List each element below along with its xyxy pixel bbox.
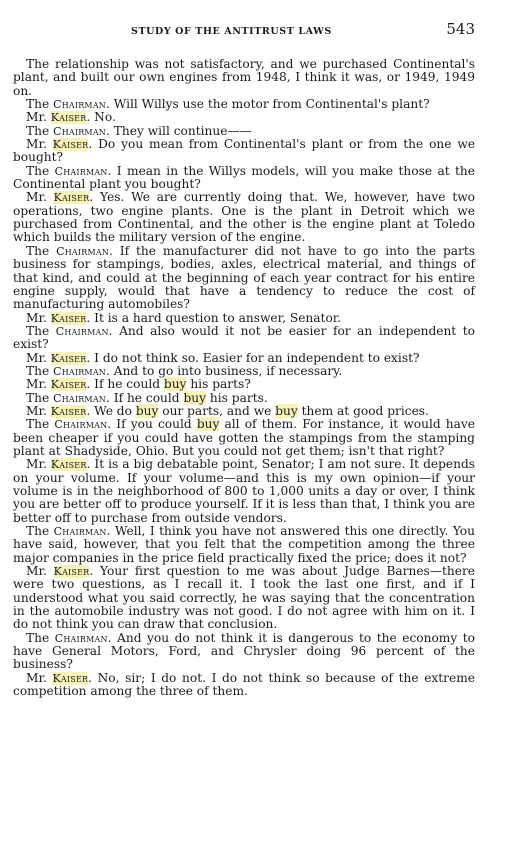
paragraph-text: our parts, and we [158,404,275,418]
running-header: STUDY OF THE ANTITRUST LAWS 543 [13,20,475,42]
speaker-title: Mr. [26,404,51,418]
paragraph-text: them at good prices. [298,404,429,418]
transcript-paragraph: The Chairman. If he could buy his parts. [13,392,475,405]
speaker-title: The [26,244,56,258]
speaker-title: The [26,524,54,538]
transcript-paragraph: Mr. Kaiser. Do you mean from Continental… [13,138,475,165]
speaker-name: Kaiser [51,111,87,124]
transcript-paragraph: Mr. Kaiser. It is a big debatable point,… [13,458,475,525]
speaker-title: Mr. [26,110,51,124]
speaker-title: The [26,124,53,138]
paragraph-text: . If he could [106,391,183,405]
speaker-title: The [26,324,56,338]
paragraph-text: . And to go into business, if necessary. [106,364,342,378]
speaker-name: Kaiser [54,565,90,578]
page-number: 543 [446,20,475,38]
paragraph-text: . We do [86,404,135,418]
paragraph-text: his parts? [186,377,250,391]
speaker-name: Kaiser [51,458,87,471]
paragraph-text: . No. [86,110,115,124]
transcript-paragraph: The Chairman. If the manufacturer did no… [13,245,475,312]
speaker-title: Mr. [26,671,52,685]
speaker-title: The [26,97,53,111]
transcript-paragraph: Mr. Kaiser. Yes. We are currently doing … [13,191,475,244]
search-highlight: buy [136,404,159,418]
speaker-name: Kaiser [53,138,89,151]
paragraph-text: . They will continue—— [106,124,252,138]
transcript-paragraph: The Chairman. And you do not think it is… [13,632,475,672]
search-highlight: buy [275,404,298,418]
paragraph-text: . I do not think so. Easier for an indep… [86,351,419,365]
transcript-paragraph: The Chairman. If you could buy all of th… [13,418,475,458]
speaker-name: Chairman [55,632,108,645]
speaker-title: Mr. [26,311,51,325]
speaker-name: Chairman [56,245,109,258]
speaker-name: Chairman [53,125,106,138]
transcript-paragraph: The Chairman. Well, I think you have not… [13,525,475,565]
speaker-name: Kaiser [51,378,87,391]
speaker-title: Mr. [26,137,53,151]
speaker-title: Mr. [26,190,54,204]
transcript-paragraph: The Chairman. And to go into business, i… [13,365,475,378]
search-highlight: buy [197,417,220,431]
transcript-paragraph: The Chairman. Will Willys use the motor … [13,98,475,111]
transcript-paragraph: Mr. Kaiser. Your first question to me wa… [13,565,475,632]
speaker-title: Mr. [26,564,54,578]
paragraph-text: his parts. [206,391,268,405]
speaker-name: Chairman [54,418,107,431]
search-highlight: buy [184,391,207,405]
speaker-title: The [26,631,55,645]
transcript-paragraph: Mr. Kaiser. If he could buy his parts? [13,378,475,391]
speaker-title: The [26,391,53,405]
speaker-name: Chairman [53,365,106,378]
speaker-title: Mr. [26,457,51,471]
transcript-paragraph: Mr. Kaiser. We do buy our parts, and we … [13,405,475,418]
transcript-paragraph: The Chairman. I mean in the Willys model… [13,165,475,192]
speaker-name: Kaiser [51,312,87,325]
transcript-paragraph: Mr. Kaiser. No. [13,111,475,124]
speaker-name: Chairman [53,98,106,111]
speaker-name: Kaiser [51,352,87,365]
paragraph-text: . It is a hard question to answer, Senat… [86,311,341,325]
document-page: STUDY OF THE ANTITRUST LAWS 543 The rela… [13,20,475,699]
speaker-name: Chairman [55,165,108,178]
search-highlight: buy [164,377,187,391]
speaker-name: Chairman [56,325,109,338]
transcript-paragraph: Mr. Kaiser. I do not think so. Easier fo… [13,352,475,365]
header-title: STUDY OF THE ANTITRUST LAWS [131,26,332,37]
speaker-name: Kaiser [51,405,87,418]
speaker-name: Chairman [53,392,106,405]
paragraph-text: . If he could [86,377,163,391]
paragraph-text: . If you could [107,417,197,431]
speaker-name: Chairman [54,525,107,538]
paragraph-text: . Will Willys use the motor from Contine… [106,97,430,111]
transcript-paragraph: Mr. Kaiser. It is a hard question to ans… [13,312,475,325]
transcript-body: The relationship was not satisfactory, a… [13,58,475,699]
speaker-title: The [26,164,55,178]
transcript-paragraph: The Chairman. And also would it not be e… [13,325,475,352]
speaker-title: The [26,417,54,431]
transcript-paragraph: The relationship was not satisfactory, a… [13,58,475,98]
paragraph-text: The relationship was not satisfactory, a… [13,57,475,98]
speaker-name: Kaiser [54,191,90,204]
speaker-name: Kaiser [52,672,88,685]
speaker-title: Mr. [26,377,51,391]
speaker-title: The [26,364,53,378]
speaker-title: Mr. [26,351,51,365]
transcript-paragraph: The Chairman. They will continue—— [13,125,475,138]
transcript-paragraph: Mr. Kaiser. No, sir; I do not. I do not … [13,672,475,699]
